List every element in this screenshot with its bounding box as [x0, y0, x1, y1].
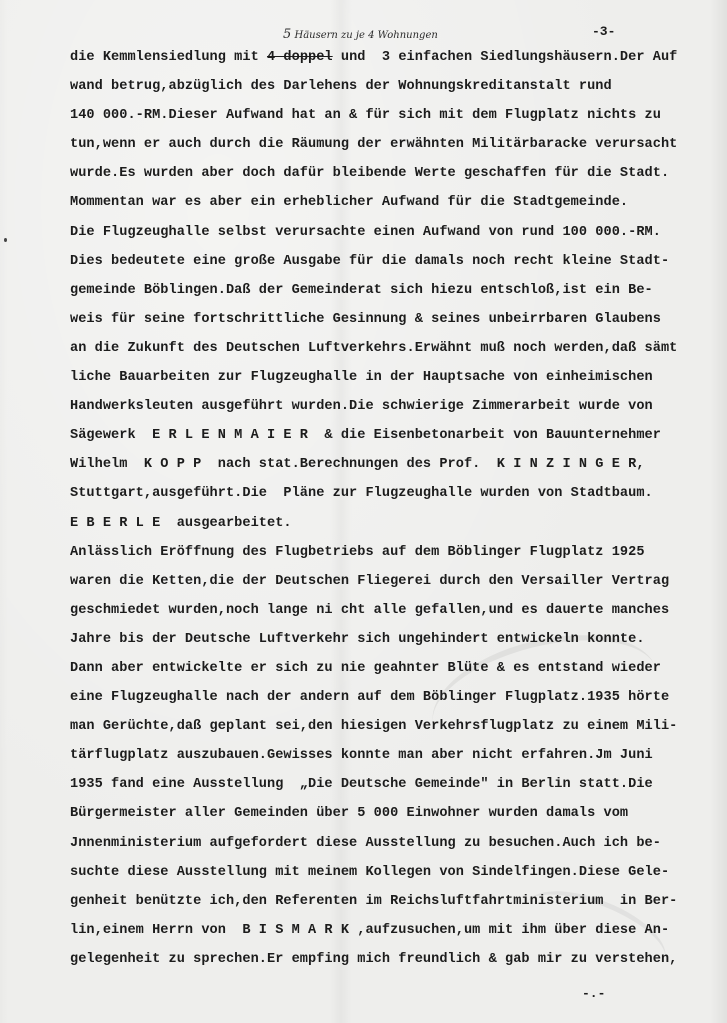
text-line: E B E R L E ausgearbeitet.	[70, 514, 727, 543]
text-line: Dies bedeutete eine große Ausgabe für di…	[70, 252, 727, 281]
text-line: Handwerksleuten ausgeführt wurden.Die sc…	[70, 397, 727, 426]
text-line: tärflugplatz auszubauen.Gewisses konnte …	[70, 746, 727, 775]
text-line: man Gerüchte,daß geplant sei,den hiesige…	[70, 717, 727, 746]
text-line: eine Flugzeughalle nach der andern auf d…	[70, 688, 727, 717]
annotation-text: Häusern zu je 4 Wohnungen	[294, 30, 437, 41]
text-line: gelegenheit zu sprechen.Er empfing mich …	[70, 950, 727, 979]
text-line: Jnnenministerium aufgefordert diese Auss…	[70, 834, 727, 863]
first-line-before: die Kemmlensiedlung mit	[70, 50, 267, 65]
text-line: Die Flugzeughalle selbst verursachte ein…	[70, 223, 727, 252]
text-line-first: die Kemmlensiedlung mit 4 doppel und 3 e…	[70, 48, 727, 77]
text-line: liche Bauarbeiten zur Flugzeughalle in d…	[70, 368, 727, 397]
text-line: 140 000.-RM.Dieser Aufwand hat an & für …	[70, 106, 727, 135]
text-line: Stuttgart,ausgeführt.Die Pläne zur Flugz…	[70, 484, 727, 513]
text-line: 1935 fand eine Ausstellung „Die Deutsche…	[70, 775, 727, 804]
text-line: suchte diese Ausstellung mit meinem Koll…	[70, 863, 727, 892]
text-line: an die Zukunft des Deutschen Luftverkehr…	[70, 339, 727, 368]
text-line: Jahre bis der Deutsche Luftverkehr sich …	[70, 630, 727, 659]
margin-speck	[4, 238, 7, 242]
text-line: Anlässlich Eröffnung des Flugbetriebs au…	[70, 543, 727, 572]
page-number: -3-	[592, 24, 615, 39]
struck-out-text: 4 doppel	[267, 50, 333, 65]
first-line-after: und 3 einfachen Siedlungshäusern.Der Auf	[333, 50, 678, 65]
text-line: genheit benützte ich,den Referenten im R…	[70, 892, 727, 921]
text-line: tun,wenn er auch durch die Räumung der e…	[70, 135, 727, 164]
handwritten-annotation: 5 Häusern zu je 4 Wohnungen	[283, 27, 438, 42]
text-line: wurde.Es wurden aber doch dafür bleibend…	[70, 164, 727, 193]
text-line: Bürgermeister aller Gemeinden über 5 000…	[70, 804, 727, 833]
annotation-count: 5	[283, 27, 291, 42]
typewritten-body: die Kemmlensiedlung mit 4 doppel und 3 e…	[70, 48, 727, 979]
text-line: wand betrug,abzüglich des Darlehens der …	[70, 77, 727, 106]
text-line: gemeinde Böblingen.Daß der Gemeinderat s…	[70, 281, 727, 310]
text-line: lin,einem Herrn von B I S M A R K ,aufzu…	[70, 921, 727, 950]
text-line: geschmiedet wurden,noch lange ni cht all…	[70, 601, 727, 630]
text-line: Dann aber entwickelte er sich zu nie gea…	[70, 659, 727, 688]
text-line: Sägewerk E R L E N M A I E R & die Eisen…	[70, 426, 727, 455]
text-line: waren die Ketten,die der Deutschen Flieg…	[70, 572, 727, 601]
text-line: Mommentan war es aber ein erheblicher Au…	[70, 193, 727, 222]
text-line: Wilhelm K O P P nach stat.Berechnungen d…	[70, 455, 727, 484]
text-line: weis für seine fortschrittliche Gesinnun…	[70, 310, 727, 339]
continuation-mark: -.-	[582, 986, 605, 1001]
